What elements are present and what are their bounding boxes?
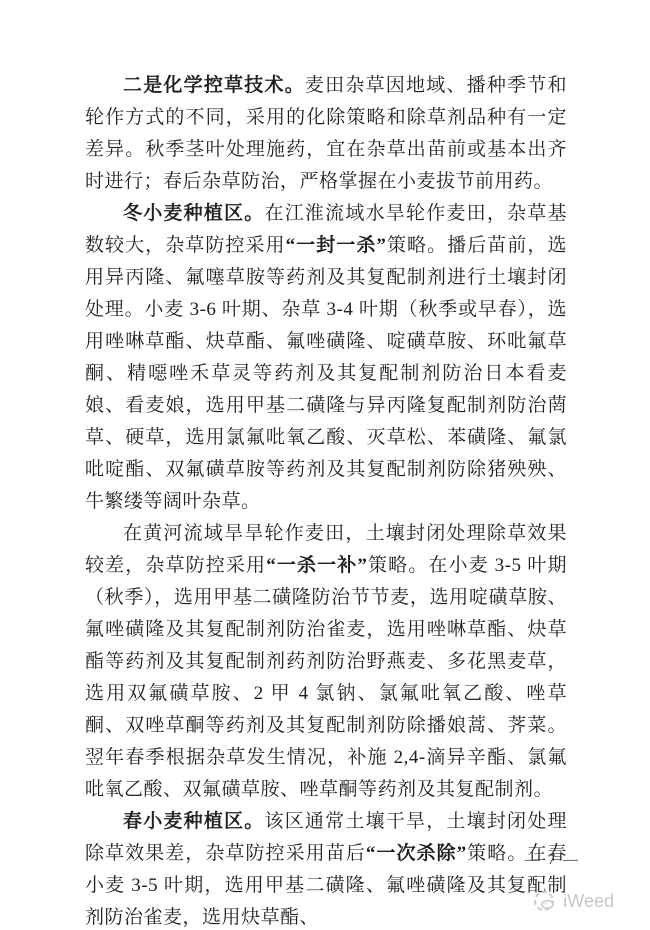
paragraph-chemical-weed-control-intro: 二是化学控草技术。麦田杂草因地域、播种季节和轮作方式的不同，采用的化除策略和除草… xyxy=(85,70,567,198)
emphasis-text: “一封一杀” xyxy=(286,235,387,256)
emphasis-text: “一杀一补” xyxy=(266,555,367,576)
emphasis-text: 冬小麦种植区。 xyxy=(123,203,265,224)
watermark-label: iWeed xyxy=(563,891,614,912)
paragraph-yellow-river-basin-strategy: 在黄河流域旱旱轮作麦田，土壤封闭处理除草效果较差，杂草防控采用“一杀一补”策略。… xyxy=(85,518,567,806)
document-page: 二是化学控草技术。麦田杂草因地域、播种季节和轮作方式的不同，采用的化除策略和除草… xyxy=(0,0,650,930)
iweed-logo-icon xyxy=(531,889,558,914)
emphasis-text: 二是化学控草技术。 xyxy=(123,75,305,96)
paragraph-winter-wheat-region: 冬小麦种植区。在江淮流域水旱轮作麦田，杂草基数较大，杂草防控采用“一封一杀”策略… xyxy=(85,198,567,518)
page-number: — 7 — xyxy=(525,852,580,869)
body-text: 策略。在小麦 3-5 叶期（秋季），选用甲基二磺隆防治节节麦，选用啶磺草胺、氟唑… xyxy=(85,555,567,800)
watermark: iWeed xyxy=(531,889,614,914)
body-text: 策略。播后苗前，选用异丙隆、氟噻草胺等药剂及其复配制剂进行土壤封闭处理。小麦 3… xyxy=(85,235,567,512)
emphasis-text: “一次杀除” xyxy=(366,843,467,864)
paragraph-spring-wheat-region: 春小麦种植区。该区通常土壤干旱，土壤封闭处理除草效果差，杂草防控采用苗后“一次杀… xyxy=(85,806,567,930)
emphasis-text: 春小麦种植区。 xyxy=(123,811,265,832)
document-body: 二是化学控草技术。麦田杂草因地域、播种季节和轮作方式的不同，采用的化除策略和除草… xyxy=(85,70,567,930)
